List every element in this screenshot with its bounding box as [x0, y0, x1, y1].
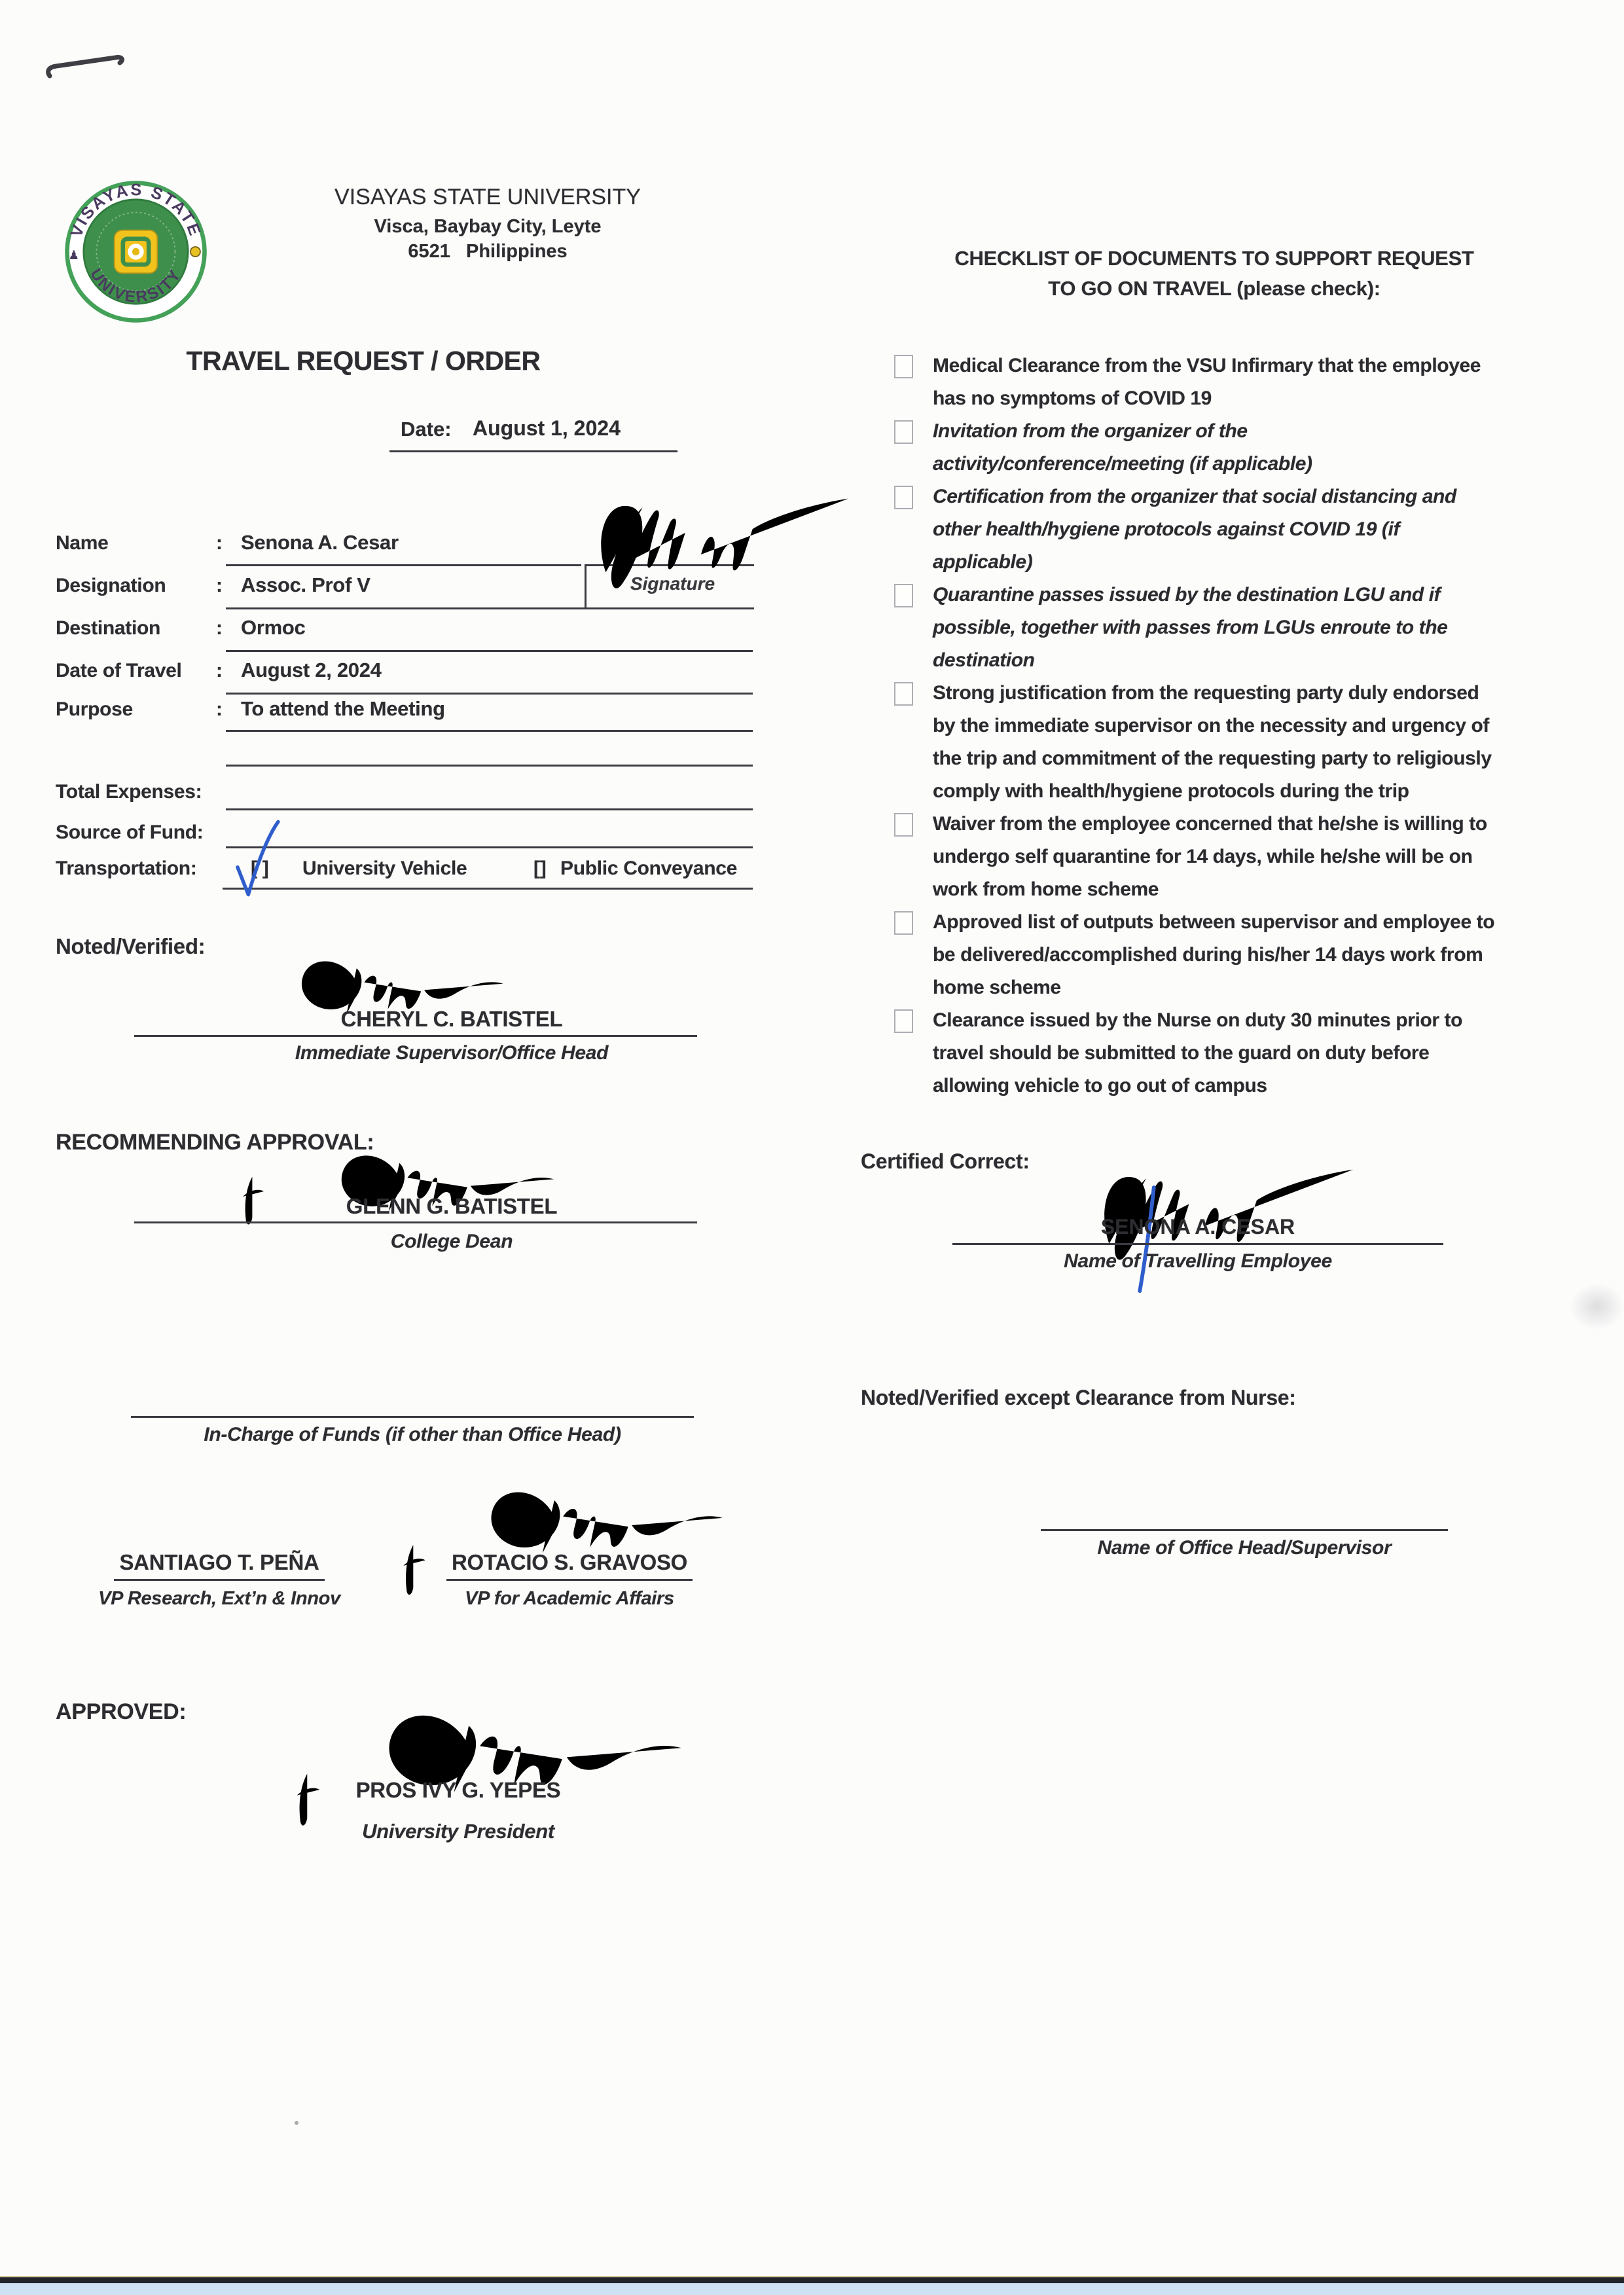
scan-speck	[295, 2121, 298, 2125]
noted-verified-label: Noted/Verified:	[56, 934, 205, 959]
checklist-title-line1: CHECKLIST OF DOCUMENTS TO SUPPORT REQUES…	[877, 247, 1551, 270]
checklist-item: Certification from the organizer that so…	[877, 480, 1506, 579]
date-of-travel-colon: :	[216, 660, 223, 682]
approved-label: APPROVED:	[56, 1699, 186, 1725]
checkbox-icon	[894, 420, 913, 444]
destination-label: Destination	[56, 617, 160, 640]
form-title: TRAVEL REQUEST / ORDER	[164, 346, 563, 376]
checkbox-icon	[894, 911, 913, 935]
destination-colon: :	[216, 617, 223, 640]
name-label: Name	[56, 532, 109, 554]
vp-research-title: VP Research, Ext’n & Innov	[79, 1588, 360, 1610]
certified-correct-label: Certified Correct:	[861, 1149, 1030, 1174]
supervisor-line	[134, 1035, 697, 1037]
checklist-item-text: Approved list of outputs between supervi…	[933, 906, 1504, 1004]
purpose-value: To attend the Meeting	[241, 697, 445, 721]
date-underline	[389, 450, 677, 452]
date-value: August 1, 2024	[473, 416, 621, 441]
president-name: PROS IVY G. YEPES	[262, 1778, 655, 1803]
certified-caption: Name of Travelling Employee	[952, 1250, 1443, 1273]
public-conveyance-checkbox: []	[533, 858, 546, 880]
checklist-item-text: Strong justification from the requesting…	[933, 677, 1504, 808]
date-label: Date:	[401, 418, 452, 441]
checklist-item-text: Clearance issued by the Nurse on duty 30…	[933, 1004, 1504, 1102]
name-value: Senona A. Cesar	[241, 531, 399, 554]
seal-right-ornament-icon	[190, 247, 200, 257]
source-of-fund-label: Source of Fund:	[56, 822, 203, 844]
checkbox-icon	[894, 584, 913, 607]
employee-signature-ink	[586, 491, 861, 599]
checklist-item-text: Quarantine passes issued by the destinat…	[933, 579, 1504, 677]
noted-except-label: Noted/Verified except Clearance from Nur…	[861, 1386, 1296, 1410]
funds-caption: In-Charge of Funds (if other than Office…	[131, 1424, 694, 1446]
checklist-item: Strong justification from the requesting…	[877, 677, 1506, 808]
checklist-item: Quarantine passes issued by the destinat…	[877, 579, 1506, 677]
university-address-line2: 6521 Philippines	[245, 241, 730, 262]
date-of-travel-label: Date of Travel	[56, 660, 182, 682]
pen-scratch-mark	[45, 52, 130, 82]
checkbox-icon	[894, 682, 913, 706]
designation-underline	[226, 607, 754, 609]
source-of-fund-underline	[226, 846, 753, 848]
blank-continuation-line	[226, 765, 753, 767]
vp-academic-name: ROTACIO S. GRAVOSO	[446, 1550, 693, 1581]
destination-value: Ormoc	[241, 616, 305, 640]
checklist: Medical Clearance from the VSU Infirmary…	[877, 350, 1506, 1102]
purpose-underline	[226, 730, 753, 732]
seal-left-ornament-icon: ♟	[68, 248, 79, 262]
date-of-travel-underline	[226, 693, 753, 695]
transportation-check-mark-ink	[230, 816, 284, 902]
checklist-item-text: Waiver from the employee concerned that …	[933, 808, 1504, 906]
checklist-item: Clearance issued by the Nurse on duty 30…	[877, 1004, 1506, 1102]
purpose-label: Purpose	[56, 698, 133, 721]
supervisor-name: CHERYL C. BATISTEL	[157, 1007, 746, 1032]
checklist-item: Invitation from the organizer of the act…	[877, 415, 1506, 480]
dean-name: GLENN G. BATISTEL	[157, 1194, 746, 1219]
purpose-colon: :	[216, 698, 223, 721]
checklist-item: Waiver from the employee concerned that …	[877, 808, 1506, 906]
office-head-caption: Name of Office Head/Supervisor	[1041, 1537, 1448, 1559]
scan-smudge	[1570, 1283, 1624, 1330]
vp-academic-name-wrap: ROTACIO S. GRAVOSO	[412, 1550, 727, 1581]
vp-research-name-wrap: SANTIAGO T. PEÑA	[79, 1550, 360, 1581]
total-expenses-label: Total Expenses:	[56, 781, 202, 803]
scanned-travel-request-document: VISAYAS STATE UNIVERSITY ♟ VISAYAS STATE…	[0, 0, 1624, 2295]
vsu-seal-logo: VISAYAS STATE UNIVERSITY ♟	[62, 178, 209, 325]
checkbox-icon	[894, 813, 913, 837]
total-expenses-underline	[226, 808, 753, 810]
president-title: University President	[262, 1820, 655, 1843]
name-colon: :	[216, 532, 223, 554]
dean-line	[134, 1221, 697, 1223]
public-conveyance-option-label: Public Conveyance	[560, 858, 737, 880]
date-of-travel-value: August 2, 2024	[241, 659, 382, 682]
designation-value: Assoc. Prof V	[241, 573, 370, 597]
checkbox-icon	[894, 486, 913, 509]
checklist-item-text: Invitation from the organizer of the act…	[933, 415, 1504, 480]
university-name: VISAYAS STATE UNIVERSITY	[245, 185, 730, 210]
name-underline	[226, 564, 581, 566]
certified-line	[952, 1243, 1443, 1245]
designation-colon: :	[216, 575, 223, 597]
scan-edge-dark-line	[0, 2277, 1624, 2283]
checkbox-icon	[894, 355, 913, 378]
checkbox-icon	[894, 1009, 913, 1033]
checklist-item-text: Medical Clearance from the VSU Infirmary…	[933, 350, 1504, 415]
vp-research-name: SANTIAGO T. PEÑA	[114, 1550, 324, 1581]
checklist-item: Approved list of outputs between supervi…	[877, 906, 1506, 1004]
funds-line	[131, 1416, 694, 1418]
transportation-label: Transportation:	[56, 858, 197, 880]
transportation-underline	[223, 888, 753, 890]
university-vehicle-option-label: University Vehicle	[302, 858, 467, 880]
supervisor-title: Immediate Supervisor/Office Head	[157, 1042, 746, 1064]
scan-edge-blue-strip	[0, 2283, 1624, 2295]
destination-underline	[226, 650, 753, 652]
dean-title: College Dean	[157, 1231, 746, 1253]
office-head-line	[1041, 1529, 1448, 1531]
university-address-line1: Visca, Baybay City, Leyte	[245, 216, 730, 238]
checklist-title-line2: TO GO ON TRAVEL (please check):	[877, 277, 1551, 300]
designation-label: Designation	[56, 575, 166, 597]
checklist-item-text: Certification from the organizer that so…	[933, 480, 1504, 579]
certified-employee-name: SENONA A. CESAR	[952, 1215, 1443, 1239]
vp-academic-title: VP for Academic Affairs	[412, 1588, 727, 1610]
checklist-item: Medical Clearance from the VSU Infirmary…	[877, 350, 1506, 415]
